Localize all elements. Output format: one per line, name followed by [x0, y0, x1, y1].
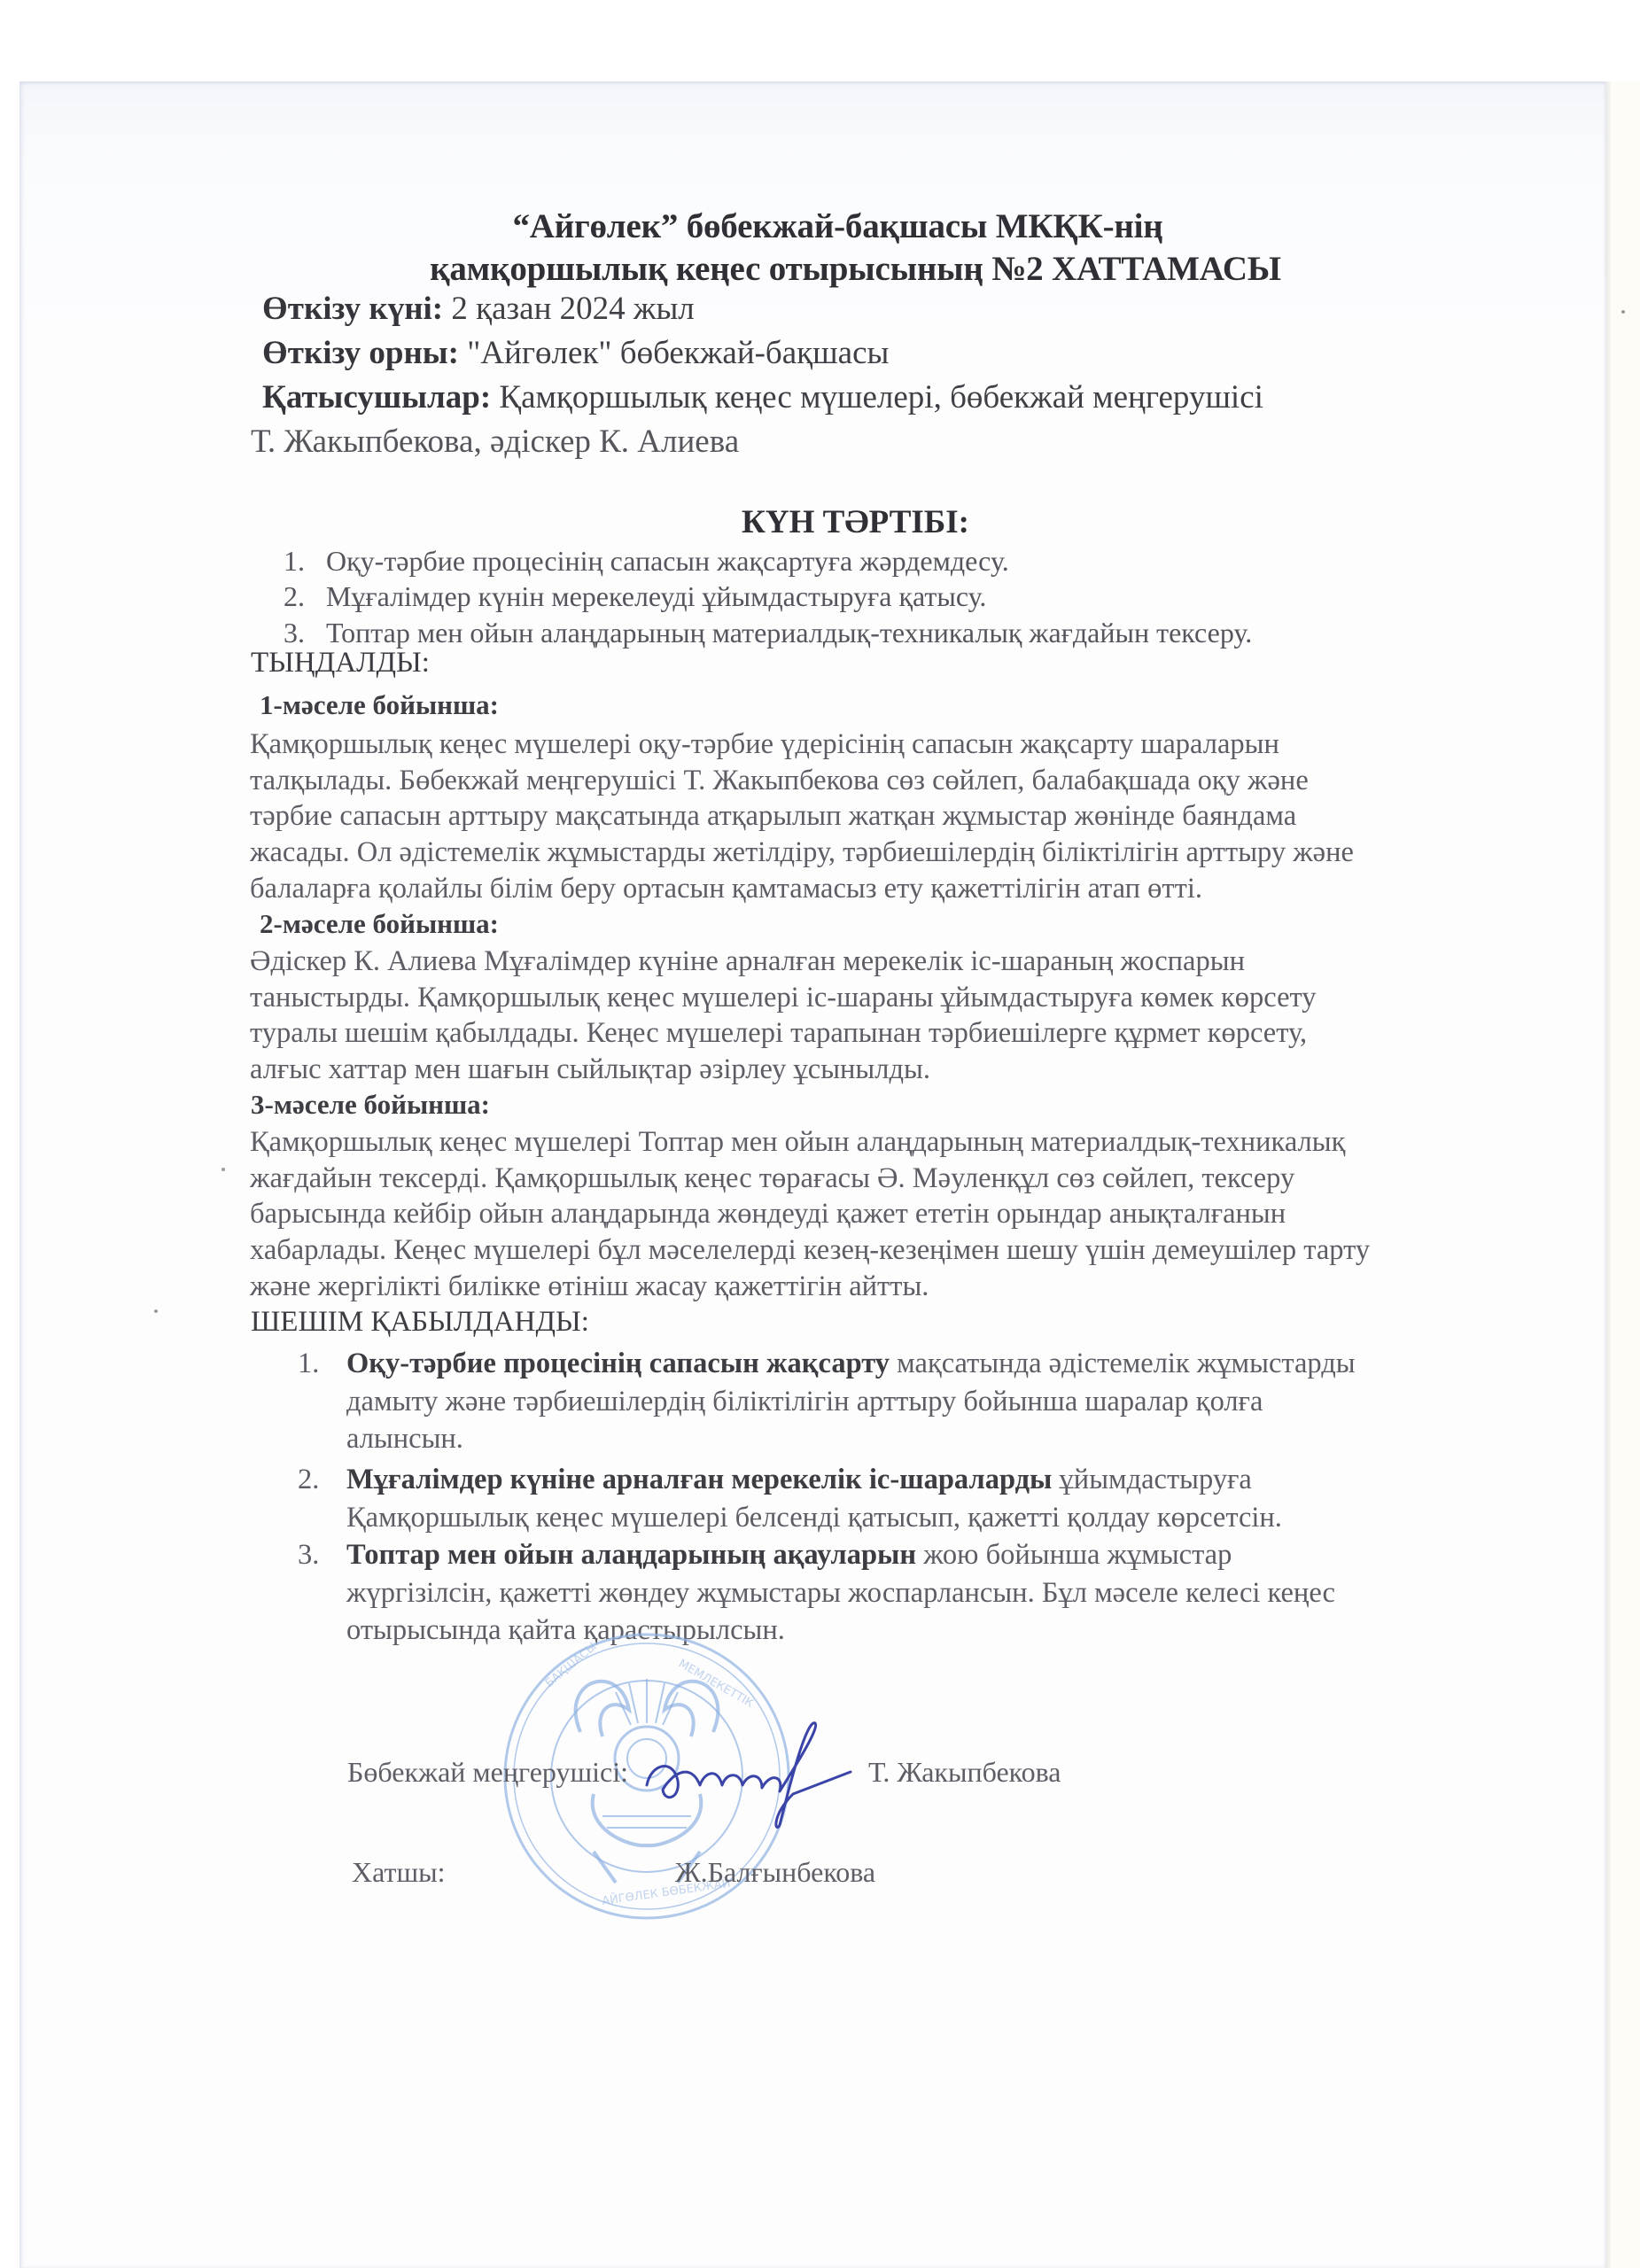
participants-value: Қамқоршылық кеңес мүшелері, бөбекжай мең… [491, 379, 1263, 416]
issue-2-line: Әдіскер К. Алиева Мұғалімдер күніне арна… [250, 945, 1245, 978]
scan-speck [154, 1309, 158, 1313]
document-title-line1: “Айгөлек” бөбекжай-бақшасы МКҚК-нің [0, 206, 1640, 246]
head-signature-label: Бөбекжай меңгерушісі: [347, 1756, 628, 1789]
heard-heading: ТЫҢДАЛДЫ: [251, 647, 430, 680]
issue-2-line: алғыс хаттар мен шағын сыйлықтар әзірлеу… [250, 1053, 930, 1086]
meeting-place: Өткізу орны: "Айгөлек" бөбекжай-бақшасы [262, 334, 889, 372]
handwritten-signature-icon [638, 1710, 868, 1834]
issue-1-line: жасады. Ол әдістемелік жұмыстарды жетілд… [250, 836, 1354, 869]
scan-speck [222, 1168, 225, 1171]
issue-1-label: 1-мәселе бойынша: [260, 689, 499, 721]
issue-1-line: тәрбие сапасын арттыру мақсатында атқары… [250, 800, 1296, 833]
place-value: "Айгөлек" бөбекжай-бақшасы [459, 335, 889, 371]
agenda-item: 2.Мұғалімдер күнін мерекелеуді ұйымдасты… [284, 580, 986, 613]
meeting-date: Өткізу күні: 2 қазан 2024 жыл [262, 290, 695, 328]
issue-2-label: 2-мәселе бойынша: [260, 908, 499, 940]
place-label: Өткізу орны: [262, 335, 459, 371]
scan-speck [1621, 310, 1625, 314]
issue-1-line: балаларға қолайлы білім беру ортасын қам… [250, 873, 1202, 905]
decision-continued: алынсын. [346, 1423, 463, 1456]
participants: Қатысушылар: Қамқоршылық кеңес мүшелері,… [262, 378, 1263, 416]
decision-continued: дамыту және тәрбиешілердің біліктілігін … [346, 1386, 1263, 1418]
head-name: Т. Жакыпбекова [868, 1756, 1061, 1789]
secretary-label: Хатшы: [352, 1856, 446, 1889]
agenda-item: 1.Оқу-тәрбие процесінің сапасын жақсарту… [284, 545, 1009, 578]
document-title-line2: қамқоршылық кеңес отырысының №2 ХАТТАМАС… [0, 249, 1640, 289]
date-value: 2 қазан 2024 жыл [443, 291, 695, 327]
issue-2-line: таныстырды. Қамқоршылық кеңес мүшелері і… [250, 982, 1317, 1014]
secretary-name: Ж.Балғынбекова [675, 1856, 875, 1889]
agenda-item: 3.Топтар мен ойын алаңдарының материалды… [284, 617, 1252, 649]
date-label: Өткізу күні: [262, 291, 443, 327]
issue-2-line: туралы шешім қабылдады. Кеңес мүшелері т… [250, 1017, 1307, 1050]
decision-continued: Қамқоршылық кеңес мүшелері белсенді қаты… [346, 1502, 1282, 1534]
issue-1-line: Қамқоршылық кеңес мүшелері оқу-тәрбие үд… [250, 728, 1279, 761]
issue-3-line: Қамқоршылық кеңес мүшелері Топтар мен ой… [250, 1126, 1345, 1159]
agenda-heading: КҮН ТӘРТІБІ: [0, 503, 1640, 541]
issue-3-label: 3-мәселе бойынша: [251, 1089, 490, 1121]
participants-label: Қатысушылар: [262, 379, 491, 416]
decision-continued: жүргізілсін, қажетті жөндеу жұмыстары жо… [346, 1577, 1335, 1610]
issue-3-line: барысында кейбір ойын алаңдарында жөндеу… [250, 1198, 1286, 1231]
issue-1-line: талқылады. Бөбекжай меңгерушісі Т. Жакып… [250, 765, 1309, 797]
participants-continued: Т. Жакыпбекова, әдіскер К. Алиева [251, 423, 739, 461]
issue-3-line: жағдайын тексерді. Қамқоршылық кеңес төр… [250, 1162, 1294, 1195]
page-margin-strip [1611, 82, 1640, 2268]
decisions-heading: ШЕШІМ ҚАБЫЛДАНДЫ: [251, 1306, 589, 1339]
issue-3-line: және жергілікті билікке өтініш жасау қаж… [250, 1270, 929, 1303]
issue-3-line: хабарлады. Кеңес мүшелері бұл мәселелерд… [250, 1234, 1370, 1267]
